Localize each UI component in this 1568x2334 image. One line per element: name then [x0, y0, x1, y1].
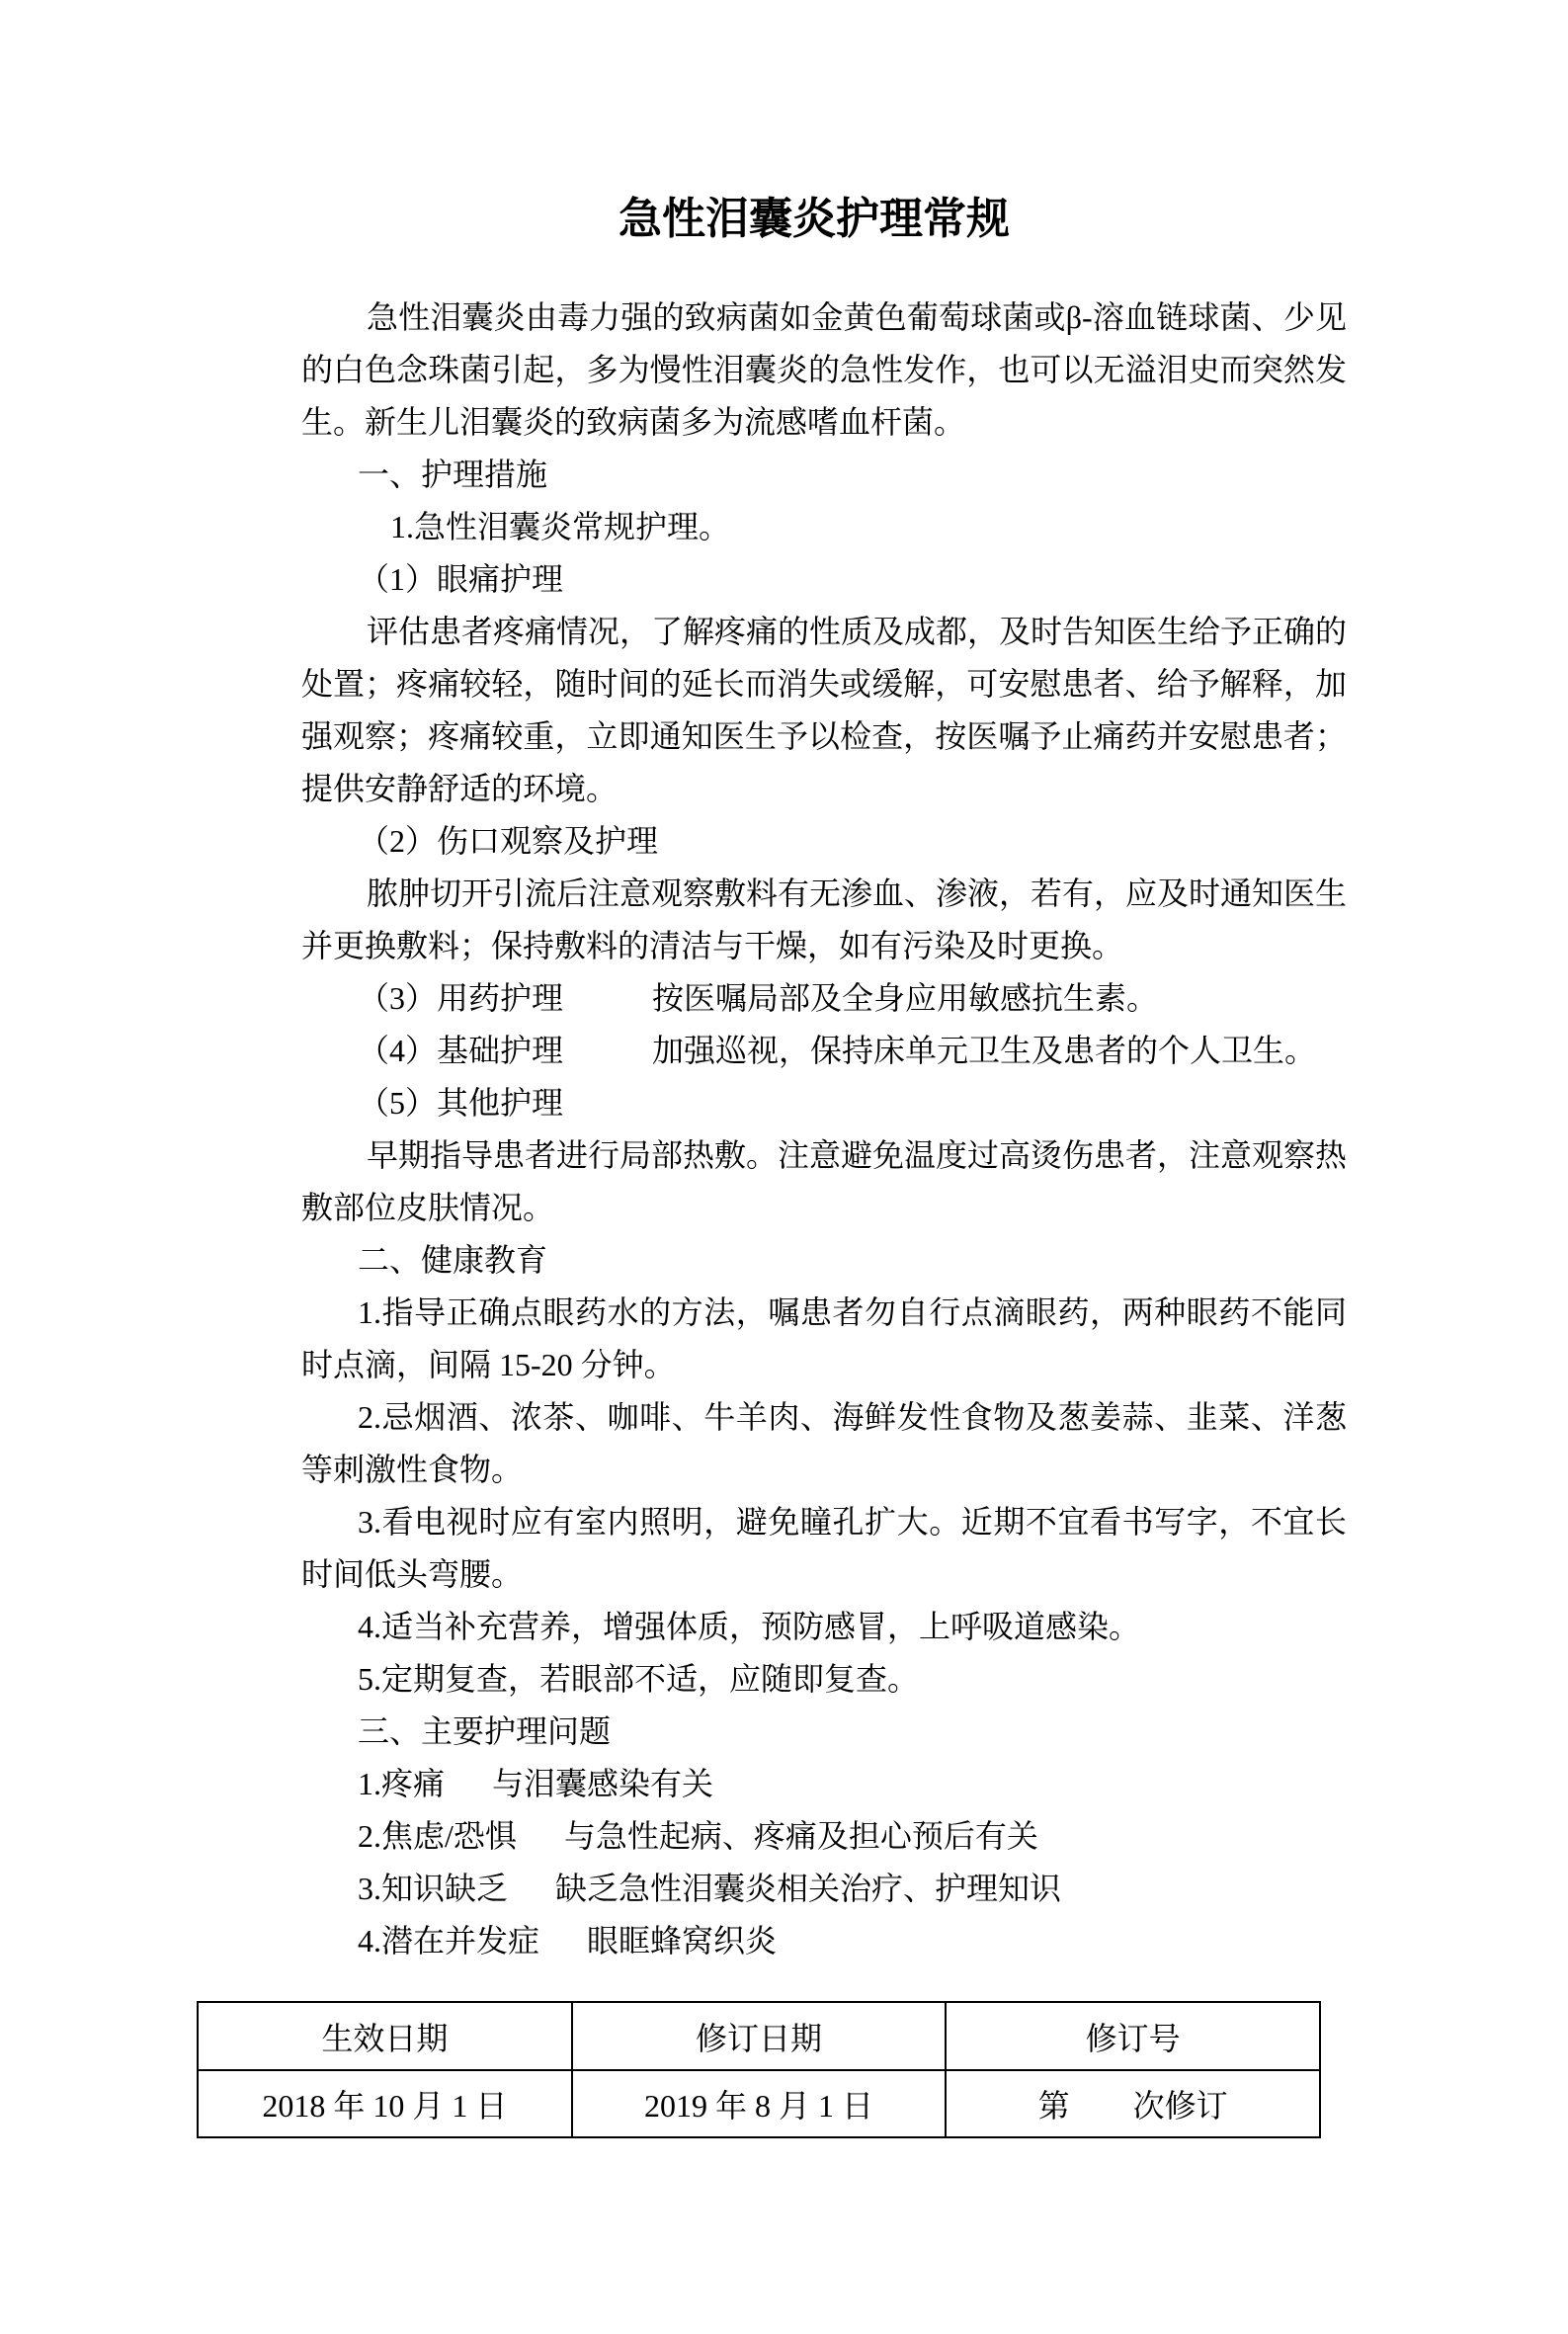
item-text: 按医嘱局部及全身应用敏感抗生素。	[652, 980, 1158, 1016]
section-heading: 二、健康教育	[301, 1234, 1347, 1287]
list-item: 1.指导正确点眼药水的方法，嘱患者勿自行点滴眼药，两种眼药不能同时点滴，间隔 1…	[301, 1287, 1347, 1391]
list-item: （2）伤口观察及护理	[301, 815, 1347, 868]
item-text: 与急性起病、疼痛及担心预后有关	[564, 1818, 1038, 1854]
paragraph: 早期指导患者进行局部热敷。注意避免温度过高烫伤患者，注意观察热敷部位皮肤情况。	[301, 1129, 1347, 1234]
item-text: 加强巡视，保持床单元卫生及患者的个人卫生。	[652, 1033, 1316, 1068]
list-item: （1）眼痛护理	[301, 553, 1347, 606]
table-cell: 第 次修订	[946, 2070, 1320, 2137]
labeled-list-item: 2.焦虑/恐惧与急性起病、疼痛及担心预后有关	[301, 1810, 1347, 1863]
table-header-cell: 生效日期	[198, 2002, 572, 2070]
item-label: 3.知识缺乏	[358, 1871, 508, 1906]
document-title: 急性泪囊炎护理常规	[291, 0, 1337, 244]
labeled-list-item: 1.疼痛与泪囊感染有关	[301, 1758, 1347, 1810]
table-cell: 2019 年 8 月 1 日	[572, 2070, 947, 2137]
labeled-list-item: 4.潜在并发症眼眶蜂窝织炎	[301, 1915, 1347, 1967]
item-label: （3）用药护理	[358, 980, 563, 1016]
document-body: 急性泪囊炎由毒力强的致病菌如金黄色葡萄球菌或β-溶血链球菌、少见的白色念珠菌引起…	[301, 292, 1347, 1967]
list-item: 4.适当补充营养，增强体质，预防感冒，上呼吸道感染。	[301, 1601, 1347, 1653]
labeled-list-item: （3）用药护理按医嘱局部及全身应用敏感抗生素。	[301, 972, 1347, 1025]
table-header-cell: 修订号	[946, 2002, 1320, 2070]
item-text: 与泪囊感染有关	[492, 1766, 713, 1801]
list-item: 5.定期复查，若眼部不适，应随即复查。	[301, 1653, 1347, 1706]
revision-table: 生效日期修订日期修订号 2018 年 10 月 1 日2019 年 8 月 1 …	[197, 2001, 1321, 2138]
sub-list-item: 1.急性泪囊炎常规护理。	[301, 501, 1347, 553]
table-header-cell: 修订日期	[572, 2002, 947, 2070]
item-label: 1.疼痛	[358, 1766, 445, 1801]
item-label: 2.焦虑/恐惧	[358, 1818, 517, 1854]
table-header-row: 生效日期修订日期修订号	[198, 2002, 1320, 2070]
list-item: 3.看电视时应有室内照明，避免瞳孔扩大。近期不宜看书写字，不宜长时间低头弯腰。	[301, 1496, 1347, 1601]
item-label: 4.潜在并发症	[358, 1923, 539, 1959]
labeled-list-item: 3.知识缺乏缺乏急性泪囊炎相关治疗、护理知识	[301, 1863, 1347, 1915]
list-item: （5）其他护理	[301, 1077, 1347, 1129]
paragraph: 急性泪囊炎由毒力强的致病菌如金黄色葡萄球菌或β-溶血链球菌、少见的白色念珠菌引起…	[301, 292, 1347, 449]
revision-table-body: 2018 年 10 月 1 日2019 年 8 月 1 日第 次修订	[198, 2070, 1320, 2137]
table-cell: 2018 年 10 月 1 日	[198, 2070, 572, 2137]
item-text: 眼眶蜂窝织炎	[587, 1923, 777, 1959]
table-row: 2018 年 10 月 1 日2019 年 8 月 1 日第 次修订	[198, 2070, 1320, 2137]
item-text: 缺乏急性泪囊炎相关治疗、护理知识	[555, 1871, 1061, 1906]
paragraph: 脓肿切开引流后注意观察敷料有无渗血、渗液，若有，应及时通知医生并更换敷料；保持敷…	[301, 868, 1347, 972]
paragraph: 评估患者疼痛情况，了解疼痛的性质及成都，及时告知医生给予正确的处置；疼痛较轻，随…	[301, 606, 1347, 815]
item-label: （4）基础护理	[358, 1033, 563, 1068]
list-item: 2.忌烟酒、浓茶、咖啡、牛羊肉、海鲜发性食物及葱姜蒜、韭菜、洋葱等刺激性食物。	[301, 1391, 1347, 1496]
document-page: 急性泪囊炎护理常规 急性泪囊炎由毒力强的致病菌如金黄色葡萄球菌或β-溶血链球菌、…	[0, 0, 1568, 2334]
section-heading: 三、主要护理问题	[301, 1706, 1347, 1758]
section-heading: 一、护理措施	[301, 449, 1347, 501]
revision-table-head: 生效日期修订日期修订号	[198, 2002, 1320, 2070]
labeled-list-item: （4）基础护理加强巡视，保持床单元卫生及患者的个人卫生。	[301, 1025, 1347, 1077]
